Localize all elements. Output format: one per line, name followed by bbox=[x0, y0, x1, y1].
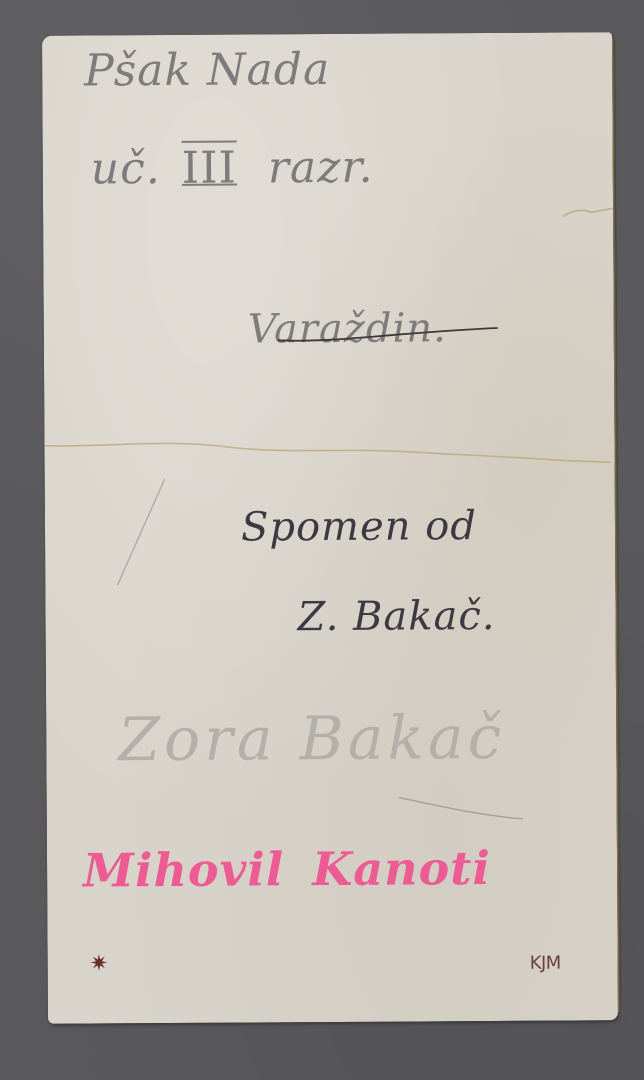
maker-mark: KJM bbox=[530, 953, 561, 974]
stray-pencil-stroke bbox=[105, 475, 186, 595]
class-prefix: uč. bbox=[91, 143, 161, 194]
ink-dedication-line2: Z. Bakač. bbox=[297, 593, 495, 640]
stamp-first-name: Mihovil bbox=[83, 842, 285, 897]
faint-pencil-signature: Zora Bakač bbox=[118, 703, 505, 775]
class-roman-numeral: III bbox=[182, 143, 237, 194]
pencil-class-line: uč. III razr. bbox=[91, 142, 374, 195]
strikethrough-line bbox=[278, 325, 498, 346]
photographer-stamp: MihovilKanoti bbox=[83, 841, 491, 897]
stamp-last-name: Kanoti bbox=[312, 841, 491, 896]
ink-dedication-line1: Spomen od bbox=[241, 503, 477, 550]
stray-pencil-stroke bbox=[397, 793, 527, 824]
star-icon: ✷ bbox=[90, 953, 109, 975]
class-suffix: razr. bbox=[268, 142, 374, 194]
card-back: Pšak Nada uč. III razr. Varaždin. Spomen… bbox=[42, 32, 618, 1023]
pencil-name: Pšak Nada bbox=[84, 44, 330, 97]
